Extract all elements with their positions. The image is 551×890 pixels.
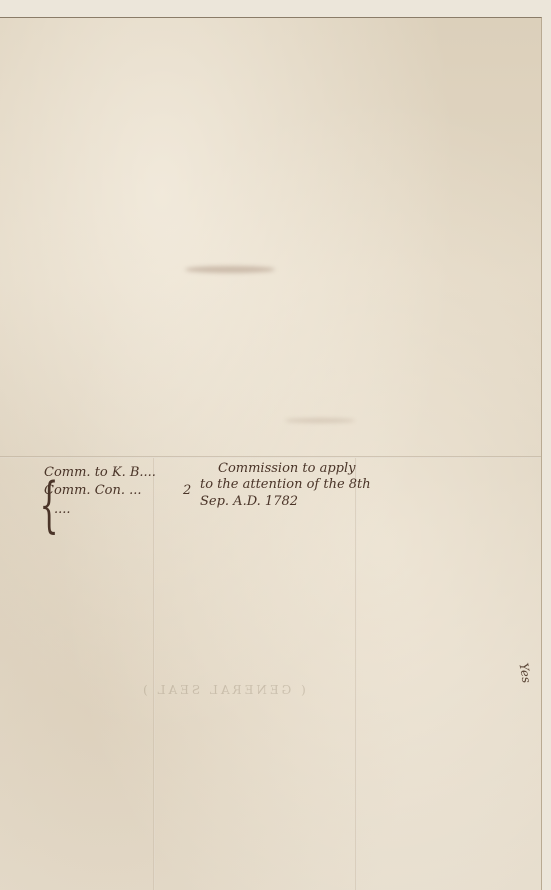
vertical-fold-line [153,458,155,890]
horizontal-fold-line [0,456,541,458]
document-page: ( GENERAL SEAL ) { Comm. to K. B.... Com… [0,17,542,890]
endorsement-line: Comm. to K. B.... [44,465,156,480]
endorsement-line: Sep. A.D. 1782 [200,494,298,509]
endorsement-line: to the attention of the 8th [200,477,371,492]
bleed-through-text: ( GENERAL SEAL ) [140,683,306,697]
endorsement-line: Commission to apply [218,461,356,476]
endorsement-line: .... [54,502,71,517]
endorsement-line: Comm. Con. ... [44,483,142,498]
ink-smudge [185,266,275,273]
ink-smudge [285,418,355,423]
margin-note: Yes [516,662,533,684]
endorsement-connector: 2 [183,483,191,498]
vertical-fold-line [355,458,357,890]
